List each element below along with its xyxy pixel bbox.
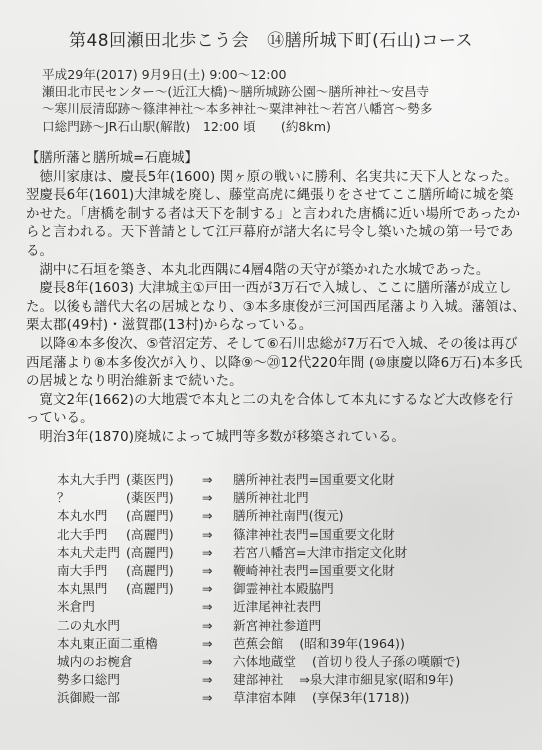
gate-row: 本丸水門 (高麗門) ⇒ 膳所神社南門(復元)	[57, 507, 460, 525]
gate-row: 本丸犬走門 (高麗門) ⇒ 若宮八幡宮=大津市指定文化財	[57, 544, 460, 562]
gate-destination: 近津尾神社表門	[233, 598, 321, 616]
gate-origin: 本丸大手門	[57, 471, 126, 489]
gate-destination: 芭蕉会館	[233, 635, 283, 653]
gate-origin: 本丸水門	[57, 507, 126, 525]
section-heading: 【膳所藩と膳所城=石鹿城】	[26, 150, 526, 169]
gate-row: 勢多口総門 ⇒ 建部神社 ⇒泉大津市細見家(昭和9年)	[57, 671, 460, 689]
gate-row: 城内のお椀倉 ⇒ 六体地蔵堂 (首切り役人子孫の嘆願で)	[57, 653, 460, 671]
gate-row: 本丸大手門 (薬医門) ⇒ 膳所神社表門=国重要文化財	[57, 471, 460, 489]
right-arrow-icon: ⇒	[200, 689, 233, 707]
paragraph: 寛文2年(1662)の大地震で本丸と二の丸を合体して本丸にするなど大改修を行って…	[26, 392, 526, 429]
gate-origin: 勢多口総門	[57, 671, 200, 689]
gate-note: (首切り役人子孫の嘆願で)	[296, 653, 460, 671]
event-title: 第48回瀬田北歩こう会	[69, 31, 249, 51]
gate-destination: 膳所神社表門=国重要文化財	[233, 471, 395, 489]
course-title: ⑭膳所城下町(石山)コース	[267, 31, 473, 51]
right-arrow-icon: ⇒	[200, 580, 233, 598]
gate-note: (享保3年(1718))	[296, 689, 410, 707]
gate-row: 浜御殿一部 ⇒ 草津宿本陣 (享保3年(1718))	[57, 689, 460, 707]
right-arrow-icon: ⇒	[200, 617, 233, 635]
route-line-3: 口総門跡〜JR石山駅(解散) 12:00 頃 (約8km)	[42, 118, 432, 135]
gate-origin: 本丸黒門	[57, 580, 126, 598]
gate-origin: 本丸東正面二重櫓	[57, 635, 200, 653]
gate-type: (薬医門)	[126, 489, 200, 507]
right-arrow-icon: ⇒	[200, 544, 233, 562]
gate-type: (高麗門)	[126, 526, 200, 544]
right-arrow-icon: ⇒	[200, 562, 233, 580]
right-arrow-icon: ⇒	[200, 635, 233, 653]
paragraph: 以降④本多俊次、⑤菅沼定芳、そして⑥石川忠総が7万石で入城、その後は再び西尾藩よ…	[26, 336, 526, 392]
gate-destination: 御霊神社本殿脇門	[233, 580, 334, 598]
page-title: 第48回瀬田北歩こう会⑭膳所城下町(石山)コース	[0, 26, 542, 51]
gate-origin: 浜御殿一部	[57, 689, 200, 707]
right-arrow-icon: ⇒	[200, 507, 233, 525]
gate-origin: 北大手門	[57, 526, 126, 544]
gate-destination: 新宮神社参道門	[233, 617, 321, 635]
gate-origin: 二の丸水門	[57, 617, 200, 635]
gate-row: 米倉門 ⇒ 近津尾神社表門	[57, 598, 460, 616]
gate-relocation-list: 本丸大手門 (薬医門) ⇒ 膳所神社表門=国重要文化財 ？ (薬医門) ⇒ 膳所…	[57, 471, 460, 708]
gate-type: (高麗門)	[126, 544, 200, 562]
history-section: 【膳所藩と膳所城=石鹿城】 徳川家康は、慶長5年(1600) 関ヶ原の戦いに勝利…	[26, 150, 526, 448]
gate-note: ⇒泉大津市細見家(昭和9年)	[283, 671, 453, 689]
gate-origin: 本丸犬走門	[57, 544, 126, 562]
gate-note: (昭和39年(1964))	[283, 635, 405, 653]
paragraph: 慶長8年(1603) 大津城主①戸田一西が3万石で入城し、ここに膳所藩が成立した…	[26, 280, 526, 336]
gate-row: 二の丸水門 ⇒ 新宮神社参道門	[57, 617, 460, 635]
gate-destination: 篠津神社表門=国重要文化財	[233, 526, 395, 544]
gate-row: 本丸東正面二重櫓 ⇒ 芭蕉会館 (昭和39年(1964))	[57, 635, 460, 653]
right-arrow-icon: ⇒	[200, 526, 233, 544]
gate-type: (高麗門)	[126, 580, 200, 598]
gate-origin: 米倉門	[57, 598, 200, 616]
gate-origin: 城内のお椀倉	[57, 653, 200, 671]
gate-row: ？ (薬医門) ⇒ 膳所神社北門	[57, 489, 460, 507]
paragraph: 湖中に石垣を築き、本丸北西隅に4層4階の天守が築かれた水城であった。	[26, 262, 526, 281]
gate-type: (高麗門)	[126, 562, 200, 580]
right-arrow-icon: ⇒	[200, 598, 233, 616]
event-info: 平成29年(2017) 9月9日(土) 9:00〜12:00 瀬田北市民センター…	[42, 66, 432, 135]
route-line-1: 瀬田北市民センター〜(近江大橋)〜膳所城跡公園〜膳所神社〜安昌寺	[42, 83, 432, 100]
gate-row: 南大手門 (高麗門) ⇒ 鞭崎神社表門=国重要文化財	[57, 562, 460, 580]
paragraph: 明治3年(1870)廃城によって城門等多数が移築されている。	[26, 429, 526, 448]
gate-destination: 膳所神社北門	[233, 489, 309, 507]
gate-destination: 六体地蔵堂	[233, 653, 296, 671]
gate-type: (高麗門)	[126, 507, 200, 525]
right-arrow-icon: ⇒	[200, 671, 233, 689]
gate-type: (薬医門)	[126, 471, 200, 489]
route-line-2: 〜寒川辰清邸跡〜篠津神社〜本多神社〜粟津神社〜若宮八幡宮〜勢多	[42, 100, 432, 117]
right-arrow-icon: ⇒	[200, 489, 233, 507]
gate-destination: 建部神社	[233, 671, 283, 689]
gate-origin: ？	[57, 489, 126, 507]
event-date: 平成29年(2017) 9月9日(土) 9:00〜12:00	[42, 66, 432, 83]
gate-row: 北大手門 (高麗門) ⇒ 篠津神社表門=国重要文化財	[57, 526, 460, 544]
gate-destination: 鞭崎神社表門=国重要文化財	[233, 562, 395, 580]
gate-origin: 南大手門	[57, 562, 126, 580]
gate-row: 本丸黒門 (高麗門) ⇒ 御霊神社本殿脇門	[57, 580, 460, 598]
paragraph: 徳川家康は、慶長5年(1600) 関ヶ原の戦いに勝利、名実共に天下人となった。翌…	[26, 169, 526, 262]
document-page: 第48回瀬田北歩こう会⑭膳所城下町(石山)コース 平成29年(2017) 9月9…	[0, 0, 542, 750]
gate-destination: 膳所神社南門(復元)	[233, 507, 344, 525]
right-arrow-icon: ⇒	[200, 471, 233, 489]
gate-destination: 若宮八幡宮=大津市指定文化財	[233, 544, 407, 562]
right-arrow-icon: ⇒	[200, 653, 233, 671]
gate-destination: 草津宿本陣	[233, 689, 296, 707]
